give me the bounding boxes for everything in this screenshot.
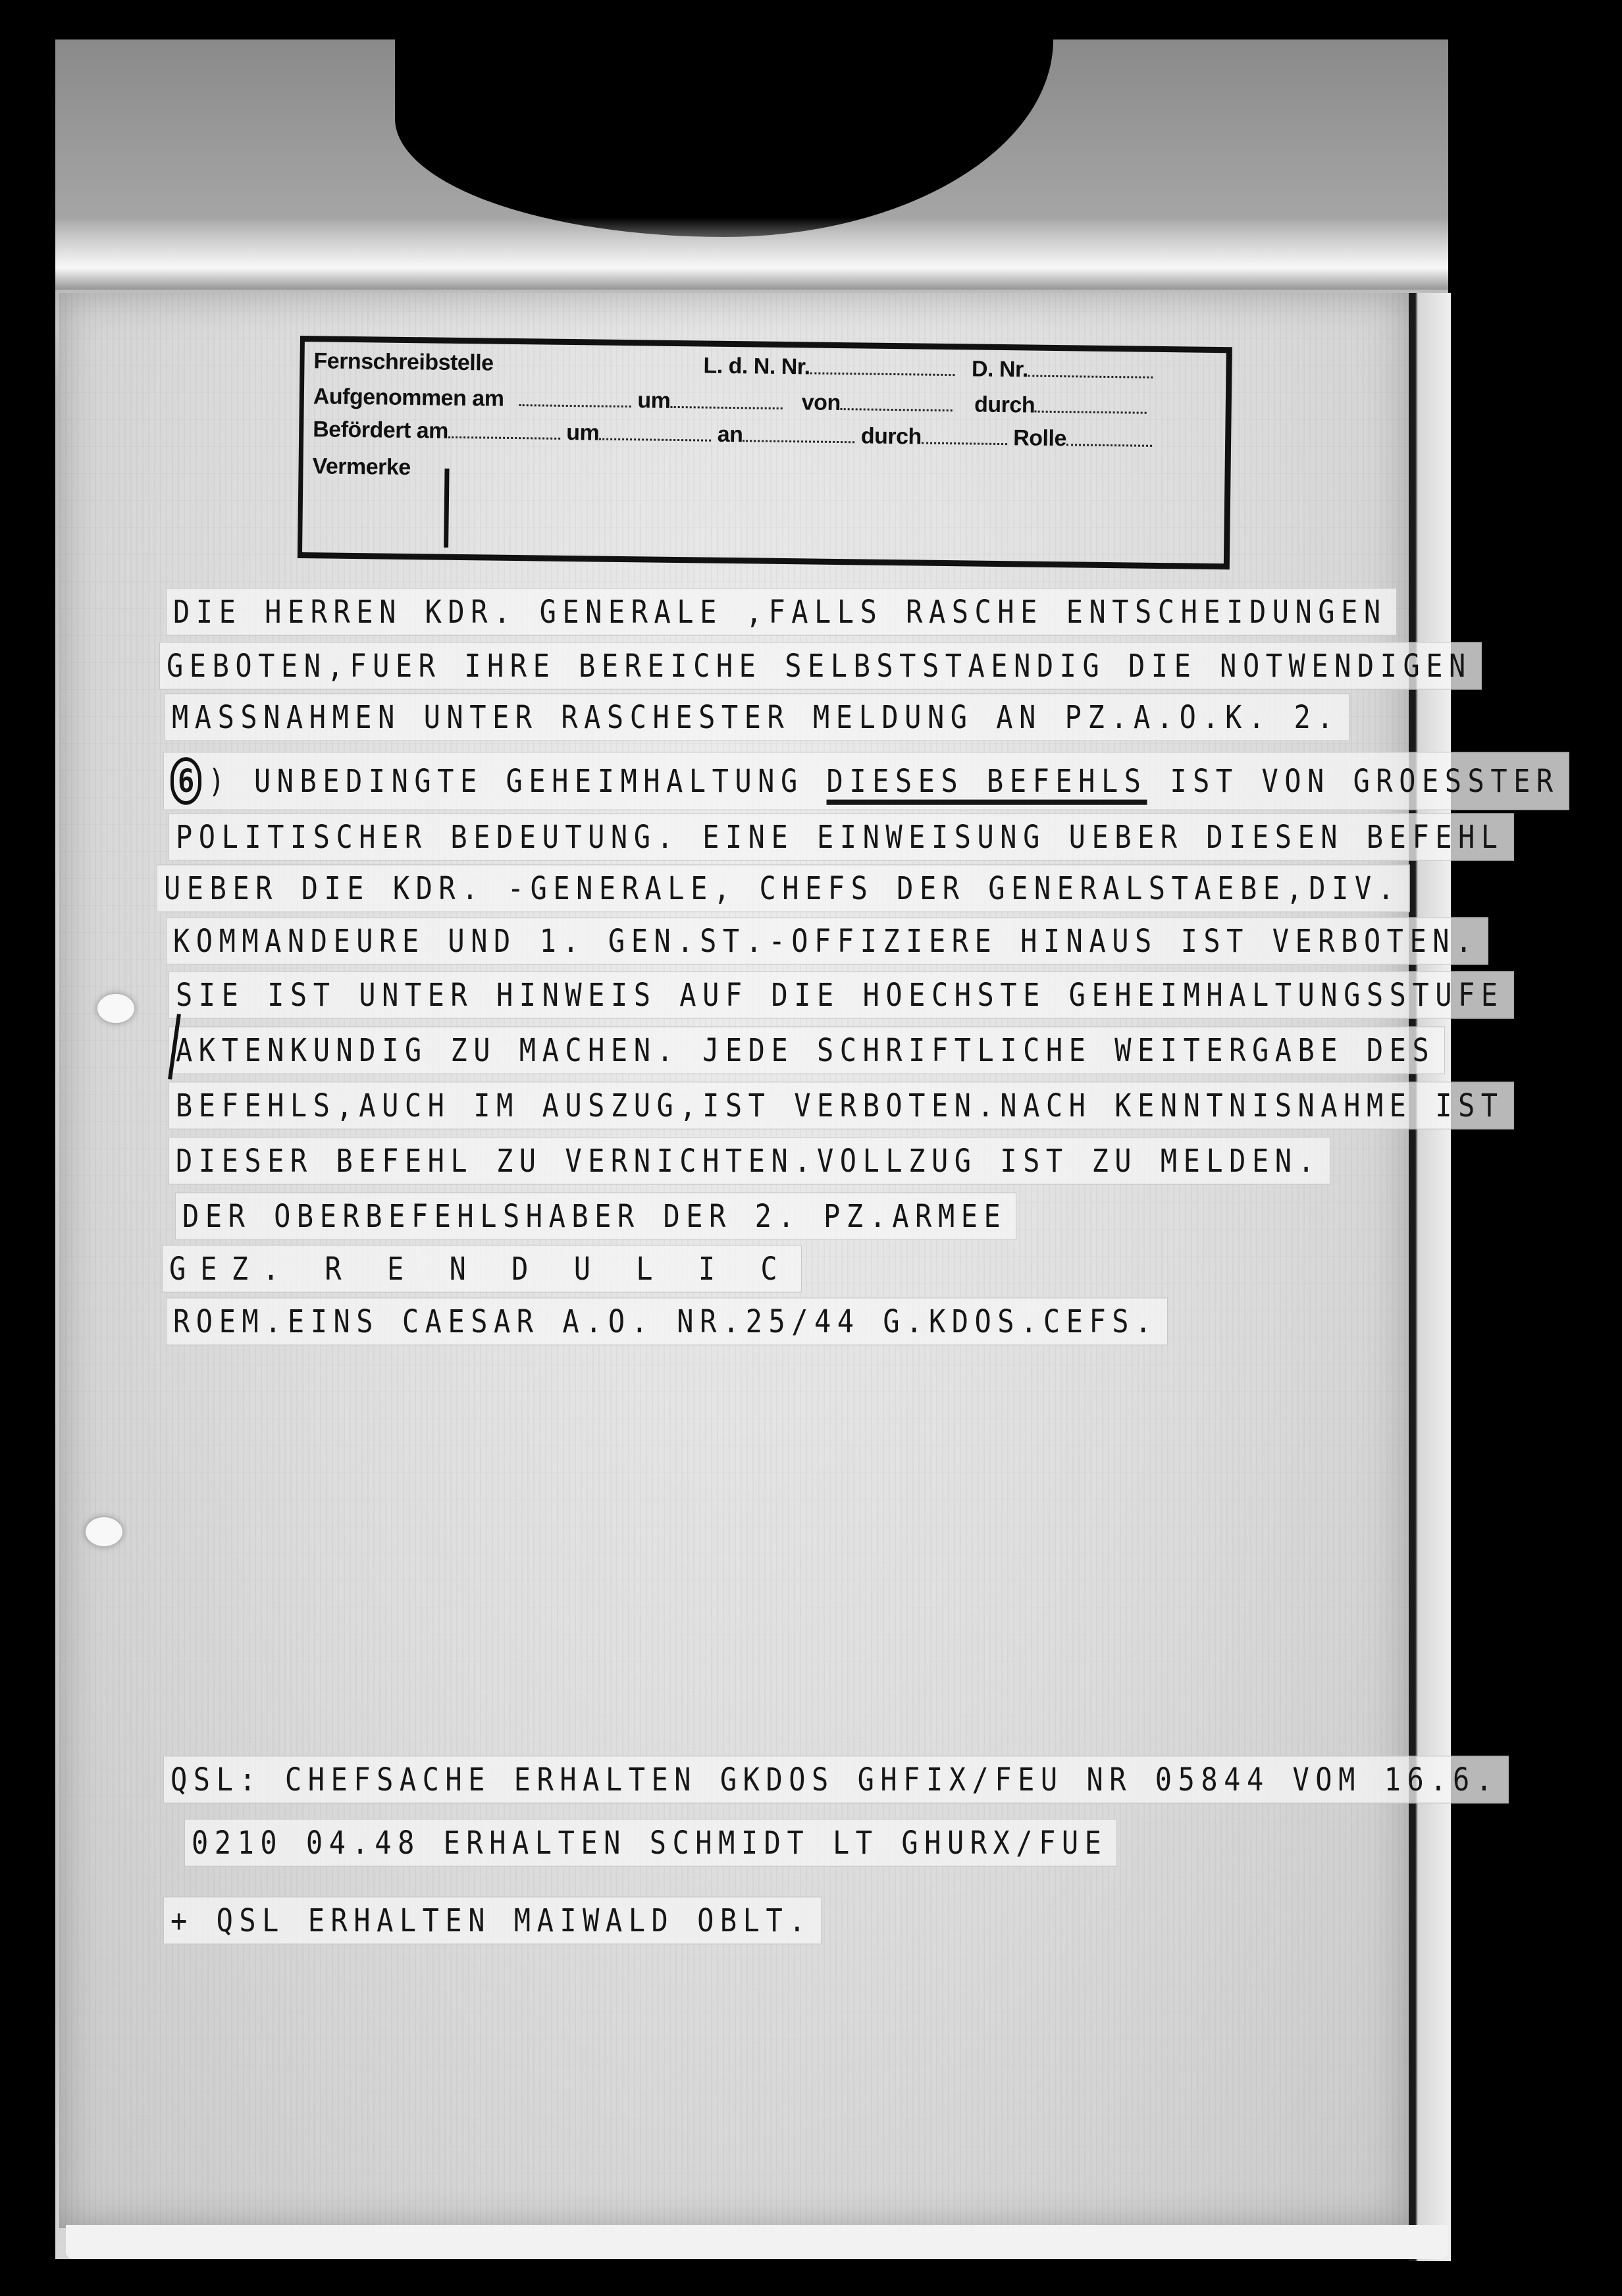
teletype-form-header: Fernschreibstelle L. d. N. Nr. D. Nr. Au… (298, 336, 1232, 569)
rolle-label: Rolle (1013, 425, 1066, 451)
durch-field-2 (922, 442, 1007, 446)
rolle-field (1066, 444, 1152, 447)
paper-edge-bottom (66, 2225, 1448, 2259)
aufgenommen-date-field (519, 404, 631, 407)
vermerke-label: Vermerke (312, 454, 411, 480)
befoerdert-time-field (599, 438, 711, 442)
folder-edge (55, 217, 1448, 290)
signature-title: DER OBERBEFEHLSHABER DER 2. PZ.ARMEE (175, 1192, 1016, 1239)
reference-number: ROEM.EINS CAESAR A.O. NR.25/44 G.KDOS.CE… (166, 1297, 1168, 1345)
ldn-nr-label: L. d. N. Nr. (703, 353, 810, 379)
um-label: um (566, 420, 599, 446)
body-line: GEBOTEN,FUER IHRE BEREICHE SELBSTSTAENDI… (159, 642, 1482, 689)
body-line: MASSNAHMEN UNTER RASCHESTER MELDUNG AN P… (165, 693, 1349, 741)
paper-edge-right (1409, 293, 1451, 2261)
point-6-line: 6) UNBEDINGTE GEHEIMHALTUNG DIESES BEFEH… (163, 752, 1569, 810)
receipt-line: + QSL ERHALTEN MAIWALD OBLT. (163, 1896, 822, 1944)
aufgenommen-label: Aufgenommen am (313, 384, 504, 411)
body-line: KOMMANDEURE UND 1. GEN.ST.-OFFIZIERE HIN… (166, 917, 1488, 964)
body-line: AKTENKUNDIG ZU MACHEN. JEDE SCHRIFTLICHE… (169, 1026, 1445, 1074)
body-line: UEBER DIE KDR. -GENERALE, CHEFS DER GENE… (157, 864, 1410, 912)
an-label: an (718, 422, 743, 447)
point-6-suffix: IST VON GROESSTER (1147, 762, 1559, 799)
form-divider (444, 469, 449, 548)
durch-label: durch (861, 423, 922, 449)
befoerdert-label: Befördert am (313, 417, 448, 444)
an-field (743, 440, 854, 443)
body-line: SIE IST UNTER HINWEIS AUF DIE HOECHSTE G… (169, 971, 1514, 1018)
punch-hole-icon (97, 994, 134, 1023)
receipt-line: QSL: CHEFSACHE ERHALTEN GKDOS GHFIX/FEU … (163, 1756, 1509, 1803)
punch-hole-icon (86, 1517, 122, 1546)
body-line: DIESER BEFEHL ZU VERNICHTEN.VOLLZUG IST … (169, 1137, 1330, 1184)
signature: GEZ. R E N D U L I C (162, 1245, 802, 1292)
von-label: von (802, 390, 841, 415)
um-label: um (637, 388, 670, 413)
durch-field (1035, 411, 1147, 414)
befoerdert-date-field (448, 436, 560, 440)
form-title: Fernschreibstelle (313, 348, 494, 375)
body-line: BEFEHLS,AUCH IM AUSZUG,IST VERBOTEN.NACH… (169, 1082, 1514, 1129)
durch-label: durch (974, 392, 1035, 418)
aufgenommen-time-field (670, 406, 782, 409)
von-field (841, 408, 953, 411)
body-line: DIE HERREN KDR. GENERALE ,FALLS RASCHE E… (166, 588, 1397, 635)
body-line: POLITISCHER BEDEUTUNG. EINE EINWEISUNG U… (169, 813, 1514, 860)
d-nr-field (1028, 375, 1153, 378)
underlined-phrase: DIESES BEFEHLS (827, 762, 1147, 799)
point-6-prefix: ) UNBEDINGTE GEHEIMHALTUNG (208, 762, 826, 799)
d-nr-label: D. Nr. (972, 356, 1028, 382)
receipt-line: 0210 04.48 ERHALTEN SCHMIDT LT GHURX/FUE (184, 1819, 1117, 1866)
ldn-nr-field (810, 372, 955, 376)
circled-number: 6 (170, 757, 201, 804)
